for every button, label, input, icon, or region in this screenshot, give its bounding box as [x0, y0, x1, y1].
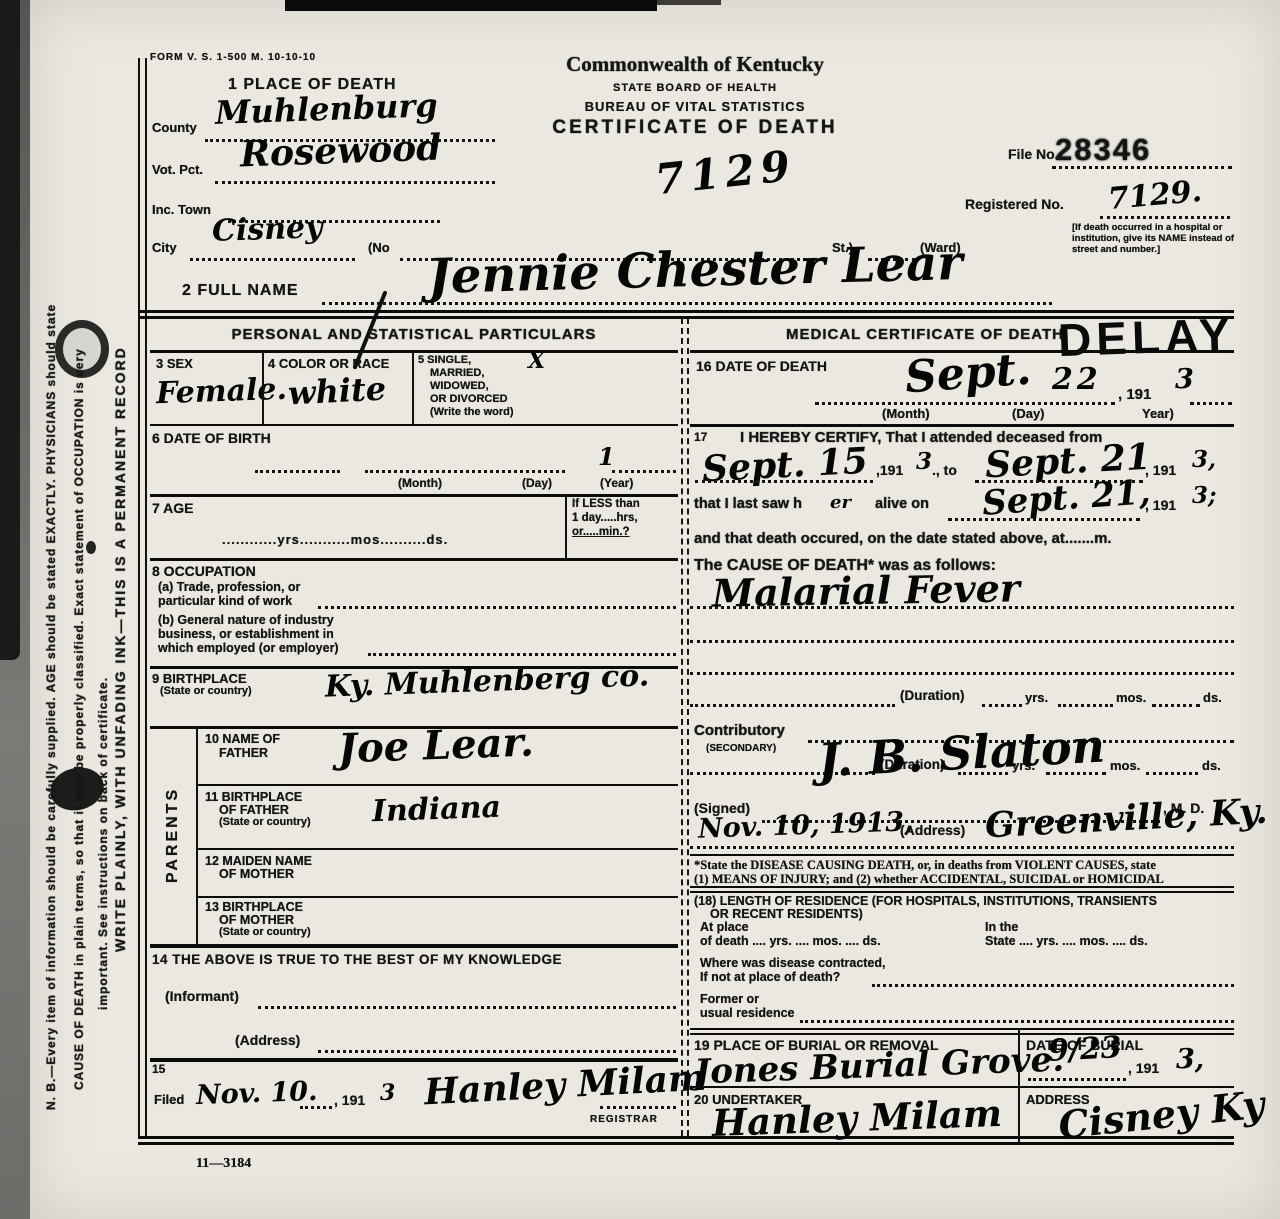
- marital-line5: (Write the word): [430, 406, 514, 418]
- right-divider-3: [690, 1028, 1234, 1035]
- parents-line-1: [196, 784, 678, 786]
- death-occurred-line: and that death occured, on the date stat…: [694, 530, 1112, 547]
- dob-month-caption: (Month): [398, 476, 442, 490]
- residence-label-line2: OR RECENT RESIDENTS): [710, 907, 863, 921]
- county-label: County: [152, 120, 197, 135]
- contracted-line1: Where was disease contracted,: [700, 956, 886, 970]
- city-line: [190, 258, 355, 261]
- duration-ds: ds.: [1203, 690, 1222, 705]
- form-left-border: [138, 58, 147, 1138]
- date-of-death-month: Sept.: [903, 344, 1032, 404]
- secondary-label: (SECONDARY): [706, 743, 776, 754]
- date-of-death-day: 22: [1052, 362, 1102, 397]
- precinct-line: [215, 181, 495, 184]
- dob-label: 6 DATE OF BIRTH: [152, 430, 271, 446]
- duration-lead-dots: [690, 704, 895, 707]
- duration-yrs: yrs.: [1025, 690, 1048, 705]
- father-bp-label3: (State or country): [219, 816, 311, 828]
- attended-from-line: [695, 480, 873, 483]
- truth-statement: 14 THE ABOVE IS TRUE TO THE BEST OF MY K…: [152, 952, 562, 967]
- last-saw-year-hw: 3;: [1192, 482, 1217, 509]
- column-divider: [681, 318, 689, 1136]
- bureau-line: BUREAU OF VITAL STATISTICS: [545, 99, 845, 114]
- scan-top-bar-2: [657, 0, 721, 5]
- father-name-value: Joe Lear.: [337, 719, 534, 773]
- filed-dots: [300, 1106, 332, 1109]
- sex-label: 3 SEX: [156, 356, 193, 371]
- attended-from-year-print: ,191: [876, 462, 903, 478]
- city-value: Cisney: [211, 210, 323, 249]
- duration2-ds: ds.: [1202, 758, 1221, 773]
- mother-bp-label1: 13 BIRTHPLACE: [205, 900, 303, 914]
- street-no-label: (No: [368, 240, 390, 255]
- father-name-label2: FATHER: [219, 746, 268, 760]
- hospital-note: [If death occurred in a hospital or inst…: [1072, 222, 1240, 255]
- dod-year-caption: Year): [1142, 406, 1174, 421]
- row-line-3: [150, 558, 678, 561]
- dob-day-caption: (Day): [522, 476, 552, 490]
- race-label: 4 COLOR OR RACE: [268, 356, 389, 371]
- occupation-b3: which employed (or employer): [158, 641, 339, 655]
- file-no-line: [1052, 166, 1232, 169]
- scan-top-bar: [285, 0, 657, 11]
- filed-year-handwritten: 3: [380, 1080, 395, 1106]
- row-line-2: [150, 494, 678, 497]
- last-saw-er: er: [830, 492, 851, 513]
- registrar-line: [600, 1106, 676, 1109]
- attended-to-year-hw: 3,: [1192, 446, 1216, 473]
- right-divider-2: [690, 886, 1234, 893]
- section-17-number: 17: [694, 430, 707, 444]
- age-less-line1: If LESS than: [572, 498, 640, 510]
- age-units: ............yrs...........mos..........d…: [222, 532, 448, 547]
- filed-year-print: , 191: [334, 1092, 365, 1108]
- duration-dots-2: [1058, 704, 1113, 707]
- margin-instruction-2: CAUSE OF DEATH in plain terms, so that i…: [72, 348, 86, 1090]
- informant-line: [258, 1006, 676, 1009]
- mother-maiden-label2: OF MOTHER: [219, 867, 294, 881]
- contracted-line2: If not at place of death?: [700, 970, 840, 984]
- duration2-dots-3: [1146, 772, 1198, 775]
- registered-no-line: [1100, 216, 1230, 219]
- residence-label-line1: (18) LENGTH OF RESIDENCE (FOR HOSPITALS,…: [694, 894, 1157, 908]
- parents-label-text: PARENTS: [164, 787, 182, 883]
- date-of-death-year-print: , 191: [1118, 386, 1151, 403]
- attended-to-label: ., to: [932, 462, 957, 478]
- mother-bp-label2: OF MOTHER: [219, 913, 294, 927]
- last-saw-post: alive on: [875, 496, 929, 512]
- date-of-death-year-hw: 3: [1175, 364, 1194, 395]
- right-row-line-2: [690, 854, 1234, 856]
- contributory-label: Contributory: [694, 722, 785, 739]
- row-line-1: [150, 424, 678, 426]
- plate-number: 11—3184: [196, 1156, 251, 1172]
- parents-line-3: [196, 896, 678, 898]
- age-less-line3: or.....min.?: [572, 526, 630, 538]
- father-bp-value: Indiana: [371, 790, 501, 829]
- certificate-title: CERTIFICATE OF DEATH: [525, 117, 865, 139]
- parents-line-2: [196, 848, 678, 850]
- informant-label: (Informant): [165, 988, 239, 1004]
- burial-date-value: 9/23: [1047, 1030, 1122, 1069]
- occupation-b1: (b) General nature of industry: [158, 613, 334, 627]
- race-value: white: [287, 369, 387, 412]
- attended-from-year-hw: 3: [916, 448, 932, 475]
- file-no-label: File No.: [1008, 146, 1059, 162]
- father-bp-label2: OF FATHER: [219, 803, 289, 817]
- age-label: 7 AGE: [152, 500, 194, 516]
- address-line: [690, 846, 1234, 849]
- occupation-b2: business, or establishment in: [158, 627, 334, 641]
- birthplace-sub: (State or country): [160, 685, 252, 697]
- attended-to-year-print: , 191: [1145, 462, 1176, 478]
- burial-year-hw: 3,: [1176, 1044, 1204, 1075]
- scan-left-dark-band: [0, 0, 20, 660]
- occupation-b-line: [368, 653, 676, 656]
- margin-instruction-1: N. B.—Every item of information should b…: [44, 304, 58, 1110]
- duration-dots-1: [982, 704, 1022, 707]
- age-cell-divider: [565, 494, 567, 558]
- dob-year-caption: (Year): [600, 476, 633, 490]
- birthplace-label: 9 BIRTHPLACE: [152, 671, 247, 686]
- filed-label: Filed: [154, 1092, 184, 1107]
- at-place-line2: of death .... yrs. .... mos. .... ds.: [700, 934, 881, 948]
- right-row-line-3: [690, 1086, 1234, 1088]
- in-state-line2: State .... yrs. .... mos. .... ds.: [985, 934, 1148, 948]
- dob-line-year: [612, 470, 676, 473]
- ink-dot: [86, 541, 96, 554]
- dod-month-caption: (Month): [882, 406, 930, 421]
- footnote-line1: *State the DISEASE CAUSING DEATH, or, in…: [694, 858, 1156, 873]
- sex-race-divider: [262, 352, 264, 424]
- file-no-value: 28346: [1055, 132, 1151, 168]
- former-line-dots: [800, 1020, 1234, 1023]
- precinct-label: Vot. Pct.: [152, 162, 203, 177]
- scanned-death-certificate: { "margin": { "col1": "WRITE PLAINLY, WI…: [0, 0, 1280, 1219]
- marital-line4: OR DIVORCED: [430, 393, 508, 405]
- cause-line-3: [690, 672, 1234, 675]
- cause-line-2: [690, 640, 1234, 643]
- section-15-number: 15: [152, 1062, 165, 1076]
- last-saw-year-print: , 191: [1145, 497, 1176, 513]
- parents-divider: [196, 726, 198, 944]
- occupation-label: 8 OCCUPATION: [152, 563, 256, 579]
- margin-instruction-3: important. See instructions on back of c…: [96, 677, 110, 1010]
- age-less-line2: 1 day.....hrs,: [572, 512, 638, 524]
- city-label: City: [152, 240, 177, 255]
- mother-maiden-label1: 12 MAIDEN NAME: [205, 854, 312, 868]
- race-marital-divider: [412, 352, 414, 424]
- mother-bp-label3: (State or country): [219, 926, 311, 938]
- duration-label: (Duration): [900, 688, 965, 703]
- date-of-death-line: [815, 402, 1115, 405]
- right-row-line-1: [690, 424, 1234, 427]
- at-place-line1: At place: [700, 920, 749, 934]
- in-state-line1: In the: [985, 920, 1018, 934]
- informant-address-line: [318, 1050, 676, 1053]
- inc-town-label: Inc. Town: [152, 202, 211, 217]
- marital-line3: WIDOWED,: [430, 380, 489, 392]
- parents-vertical-label: PARENTS: [150, 726, 196, 944]
- dob-day-handwritten: 1: [598, 442, 615, 471]
- full-name-label: 2 FULL NAME: [182, 282, 298, 300]
- cause-line-1: [690, 606, 1234, 609]
- form-number: FORM V. S. 1-500 M. 10-10-10: [150, 52, 316, 63]
- former-line1: Former or: [700, 992, 759, 1006]
- sex-value: Female.: [155, 372, 287, 412]
- marital-line1: 5 SINGLE,: [418, 354, 471, 366]
- registrar-label: REGISTRAR: [590, 1114, 658, 1125]
- marital-line2: MARRIED,: [430, 367, 484, 379]
- dod-day-caption: (Day): [1012, 406, 1045, 421]
- date-of-death-line2: [1190, 402, 1232, 405]
- commonwealth-title: Commonwealth of Kentucky: [545, 52, 845, 77]
- occupation-a2: particular kind of work: [158, 594, 292, 608]
- occupation-a-line: [318, 606, 676, 609]
- personal-section-title: PERSONAL AND STATISTICAL PARTICULARS: [150, 326, 678, 343]
- duration-dots-3: [1152, 704, 1200, 707]
- footnote-line2: (1) MEANS OF INJURY; and (2) whether ACC…: [694, 872, 1164, 887]
- burial-date-dots: [1028, 1078, 1126, 1081]
- father-name-label1: 10 NAME OF: [205, 732, 280, 746]
- burial-year-print: , 191: [1128, 1060, 1159, 1076]
- delay-stamp: DELAY: [1057, 307, 1235, 367]
- physician-address-label: (Address): [900, 822, 965, 838]
- state-board-line: STATE BOARD OF HEALTH: [545, 82, 845, 94]
- contracted-line-dots: [872, 984, 1234, 987]
- line-under-personal-title: [150, 350, 678, 353]
- marital-mark: X: [528, 348, 545, 374]
- father-bp-label1: 11 BIRTHPLACE: [205, 790, 302, 804]
- last-saw-pre: that I last saw h: [694, 496, 802, 512]
- occupation-a1: (a) Trade, profession, or: [158, 580, 300, 594]
- duration2-mos: mos.: [1110, 758, 1140, 773]
- informant-address-label: (Address): [235, 1032, 300, 1048]
- dob-line-month: [255, 470, 340, 473]
- duration-mos: mos.: [1116, 690, 1146, 705]
- row-line-6: [150, 944, 678, 948]
- registered-no-label: Registered No.: [965, 196, 1064, 212]
- date-of-death-label: 16 DATE OF DEATH: [696, 358, 827, 374]
- former-line2: usual residence: [700, 1006, 795, 1020]
- margin-instruction-write-plainly: WRITE PLAINLY, WITH UNFADING INK—THIS IS…: [112, 346, 128, 952]
- precinct-value: Rosewood: [239, 127, 442, 176]
- county-value: Muhlenburg: [214, 86, 438, 132]
- dob-line-day: [365, 470, 565, 473]
